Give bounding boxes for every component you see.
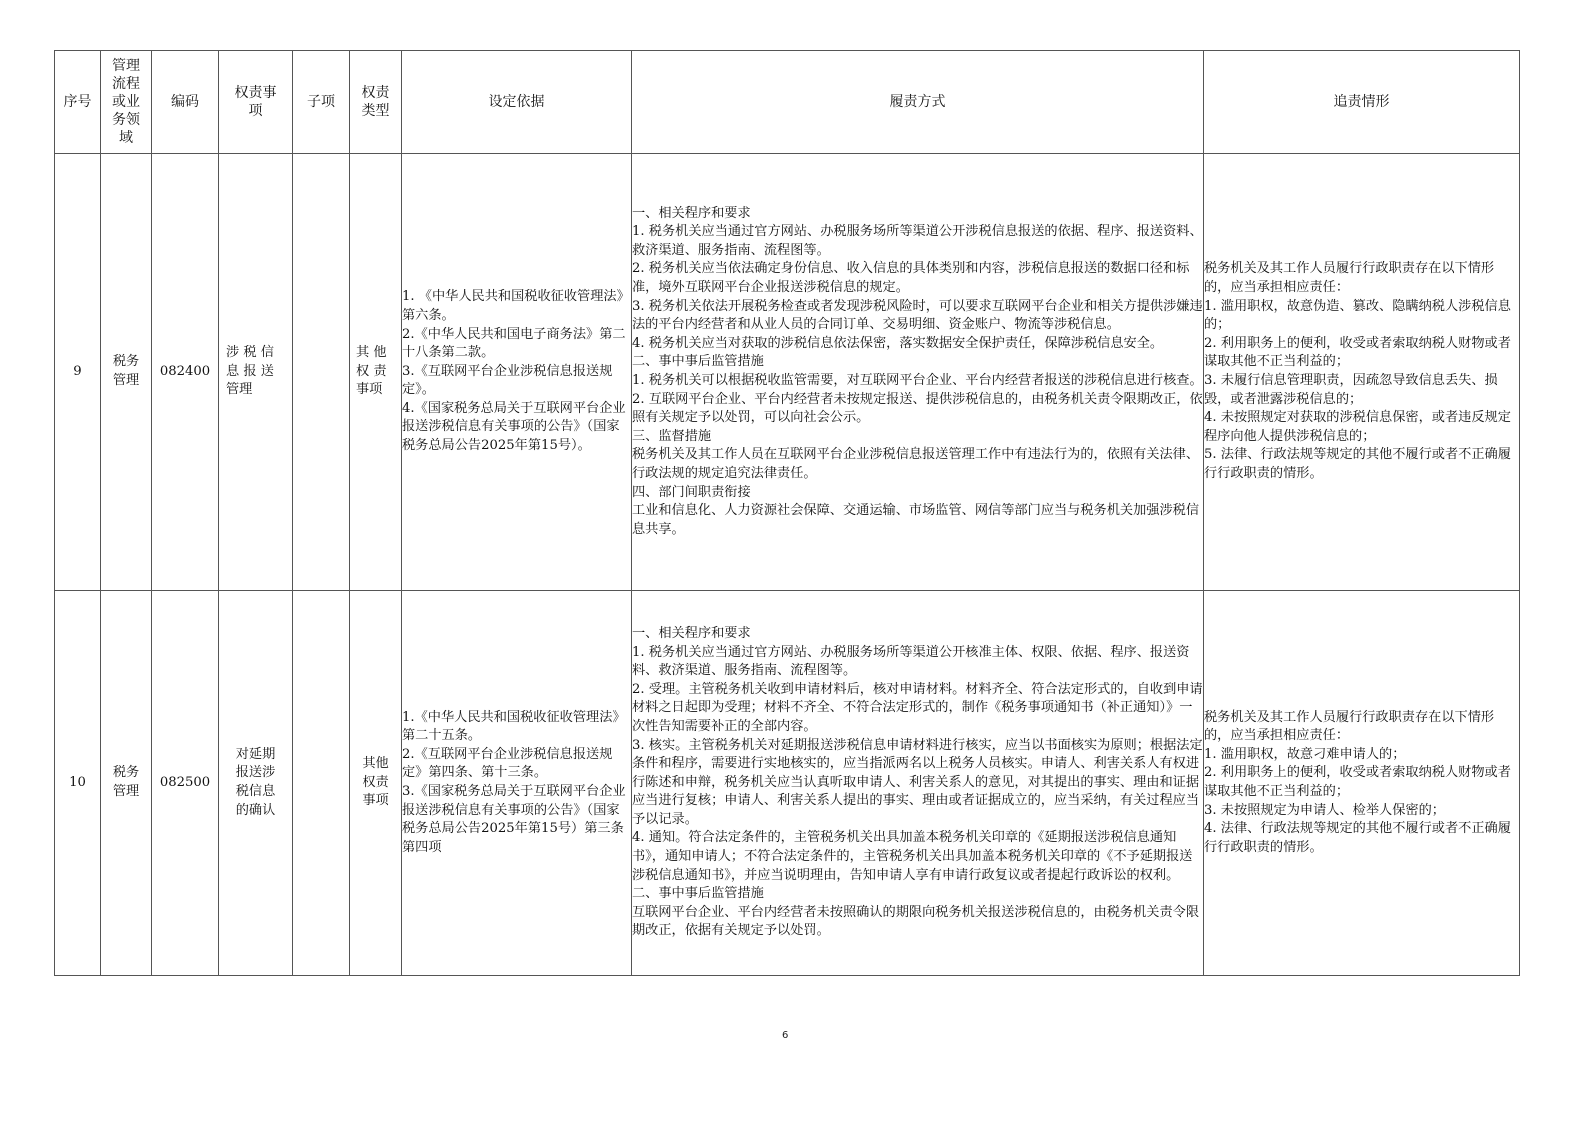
header-type: 权责 类型 xyxy=(350,51,402,154)
responsibility-table: 序号 管理 流程 或业 务领 域 编码 权责事 项 子项 权责 类型 设定依据 … xyxy=(54,50,1520,976)
cell-item-line: 涉 税 信 xyxy=(226,344,292,363)
header-domain: 管理 流程 或业 务领 域 xyxy=(101,51,152,154)
liability-item: 1. 滥用职权，故意刁难申请人的； xyxy=(1204,746,1519,765)
method-item: 工业和信息化、人力资源社会保障、交通运输、市场监管、网信等部门应当与税务机关加强… xyxy=(632,502,1203,539)
method-item: 3. 核实。主管税务机关对延期报送涉税信息申请材料进行核实，应当以书面核实为原则… xyxy=(632,737,1203,830)
method-item: 1. 税务机关应当通过官方网站、办税服务场所等渠道公开核准主体、权限、依据、程序… xyxy=(632,644,1203,681)
method-heading: 二、事中事后监管措施 xyxy=(632,885,1203,904)
cell-item: 涉 税 信 息 报 送 管理 xyxy=(219,154,293,591)
liability-item: 4. 法律、行政法规等规定的其他不履行或者不正确履行行政职责的情形。 xyxy=(1204,820,1519,857)
cell-domain-line: 管理 xyxy=(101,372,151,391)
header-method: 履责方式 xyxy=(632,51,1204,154)
cell-domain-line: 税务 xyxy=(101,764,151,783)
table-row: 10 税务 管理 082500 对延期 报送涉 税信息 的确认 其他 权责 事项… xyxy=(55,591,1520,976)
table-header-row: 序号 管理 流程 或业 务领 域 编码 权责事 项 子项 权责 类型 设定依据 … xyxy=(55,51,1520,154)
cell-domain-line: 管理 xyxy=(101,783,151,802)
header-domain-line: 或业 xyxy=(101,93,151,111)
method-heading: 一、相关程序和要求 xyxy=(632,625,1203,644)
header-basis: 设定依据 xyxy=(402,51,632,154)
cell-code: 082400 xyxy=(152,154,219,591)
basis-item: 3.《互联网平台企业涉税信息报送规定》。 xyxy=(402,363,631,400)
cell-liability: 税务机关及其工作人员履行行政职责存在以下情形的，应当承担相应责任： 1. 滥用职… xyxy=(1204,154,1520,591)
liability-item: 2. 利用职务上的便利，收受或者索取纳税人财物或者谋取其他不正当利益的； xyxy=(1204,764,1519,801)
page-number: 6 xyxy=(782,1030,788,1041)
table-row: 9 税务 管理 082400 涉 税 信 息 报 送 管理 其 他 权 责 事项… xyxy=(55,154,1520,591)
cell-basis: 1. 《中华人民共和国税收征收管理法》第六条。 2.《中华人民共和国电子商务法》… xyxy=(402,154,632,591)
header-liability: 追责情形 xyxy=(1204,51,1520,154)
method-item: 2. 受理。主管税务机关收到申请材料后，核对申请材料。材料齐全、符合法定形式的，… xyxy=(632,681,1203,737)
cell-item-line: 对延期 xyxy=(219,746,292,765)
header-type-line: 类型 xyxy=(350,102,401,120)
method-heading: 一、相关程序和要求 xyxy=(632,205,1203,224)
method-heading: 三、监督措施 xyxy=(632,428,1203,447)
basis-item: 2.《互联网平台企业涉税信息报送规定》第四条、第十三条。 xyxy=(402,746,631,783)
header-item: 权责事 项 xyxy=(219,51,293,154)
basis-item: 1. 《中华人民共和国税收征收管理法》第六条。 xyxy=(402,288,631,325)
cell-item-line: 税信息 xyxy=(219,783,292,802)
header-domain-line: 流程 xyxy=(101,75,151,93)
header-domain-line: 域 xyxy=(101,129,151,147)
cell-method: 一、相关程序和要求 1. 税务机关应当通过官方网站、办税服务场所等渠道公开核准主… xyxy=(632,591,1204,976)
liability-item: 5. 法律、行政法规等规定的其他不履行或者不正确履行行政职责的情形。 xyxy=(1204,446,1519,483)
basis-item: 4.《国家税务总局关于互联网平台企业报送涉税信息有关事项的公告》（国家税务总局公… xyxy=(402,400,631,456)
method-item: 税务机关及其工作人员在互联网平台企业涉税信息报送管理工作中有违法行为的，依照有关… xyxy=(632,446,1203,483)
header-seq: 序号 xyxy=(55,51,101,154)
cell-liability: 税务机关及其工作人员履行行政职责存在以下情形的，应当承担相应责任： 1. 滥用职… xyxy=(1204,591,1520,976)
method-item: 1. 税务机关可以根据税收监管需要，对互联网平台企业、平台内经营者报送的涉税信息… xyxy=(632,372,1203,391)
method-item: 2. 税务机关应当依法确定身份信息、收入信息的具体类别和内容，涉税信息报送的数据… xyxy=(632,260,1203,297)
liability-item: 1. 滥用职权，故意伪造、篡改、隐瞒纳税人涉税信息的； xyxy=(1204,298,1519,335)
method-item: 互联网平台企业、平台内经营者未按照确认的期限向税务机关报送涉税信息的，由税务机关… xyxy=(632,904,1203,941)
cell-code: 082500 xyxy=(152,591,219,976)
method-heading: 二、事中事后监管措施 xyxy=(632,353,1203,372)
basis-item: 3.《国家税务总局关于互联网平台企业报送涉税信息有关事项的公告》（国家税务总局公… xyxy=(402,783,631,857)
cell-type: 其他 权责 事项 xyxy=(350,591,402,976)
liability-item: 2. 利用职务上的便利，收受或者索取纳税人财物或者谋取其他不正当利益的； xyxy=(1204,335,1519,372)
header-type-line: 权责 xyxy=(350,84,401,102)
cell-type-line: 权 责 xyxy=(356,363,401,382)
method-item: 1. 税务机关应当通过官方网站、办税服务场所等渠道公开涉税信息报送的依据、程序、… xyxy=(632,223,1203,260)
cell-domain: 税务 管理 xyxy=(101,591,152,976)
liability-intro: 税务机关及其工作人员履行行政职责存在以下情形的，应当承担相应责任： xyxy=(1204,709,1519,746)
cell-type-line: 权责 xyxy=(350,774,401,793)
cell-seq: 10 xyxy=(55,591,101,976)
liability-item: 3. 未按照规定为申请人、检举人保密的； xyxy=(1204,802,1519,821)
method-item: 2. 互联网平台企业、平台内经营者未按规定报送、提供涉税信息的，由税务机关责令限… xyxy=(632,391,1203,428)
cell-type: 其 他 权 责 事项 xyxy=(350,154,402,591)
cell-item-line: 的确认 xyxy=(219,802,292,821)
cell-subitem xyxy=(293,154,350,591)
cell-domain: 税务 管理 xyxy=(101,154,152,591)
cell-basis: 1.《中华人民共和国税收征收管理法》第二十五条。 2.《互联网平台企业涉税信息报… xyxy=(402,591,632,976)
liability-intro: 税务机关及其工作人员履行行政职责存在以下情形的，应当承担相应责任： xyxy=(1204,260,1519,297)
liability-item: 3. 未履行信息管理职责，因疏忽导致信息丢失、损毁，或者泄露涉税信息的； xyxy=(1204,372,1519,409)
cell-item: 对延期 报送涉 税信息 的确认 xyxy=(219,591,293,976)
liability-item: 4. 未按照规定对获取的涉税信息保密，或者违反规定程序向他人提供涉税信息的； xyxy=(1204,409,1519,446)
method-item: 3. 税务机关依法开展税务检查或者发现涉税风险时，可以要求互联网平台企业和相关方… xyxy=(632,298,1203,335)
cell-type-line: 事项 xyxy=(356,381,401,400)
cell-type-line: 事项 xyxy=(350,792,401,811)
cell-item-line: 报送涉 xyxy=(219,764,292,783)
cell-domain-line: 税务 xyxy=(101,353,151,372)
method-heading: 四、部门间职责衔接 xyxy=(632,484,1203,503)
header-code: 编码 xyxy=(152,51,219,154)
cell-type-line: 其 他 xyxy=(356,344,401,363)
cell-subitem xyxy=(293,591,350,976)
header-domain-line: 管理 xyxy=(101,57,151,75)
basis-item: 2.《中华人民共和国电子商务法》第二十八条第二款。 xyxy=(402,326,631,363)
basis-item: 1.《中华人民共和国税收征收管理法》第二十五条。 xyxy=(402,709,631,746)
method-item: 4. 通知。符合法定条件的，主管税务机关出具加盖本税务机关印章的《延期报送涉税信… xyxy=(632,829,1203,885)
header-domain-line: 务领 xyxy=(101,111,151,129)
method-item: 4. 税务机关应当对获取的涉税信息依法保密，落实数据安全保护责任，保障涉税信息安… xyxy=(632,335,1203,354)
cell-type-line: 其他 xyxy=(350,755,401,774)
cell-item-line: 息 报 送 xyxy=(226,363,292,382)
header-item-line: 项 xyxy=(219,102,292,120)
header-item-line: 权责事 xyxy=(219,84,292,102)
cell-method: 一、相关程序和要求 1. 税务机关应当通过官方网站、办税服务场所等渠道公开涉税信… xyxy=(632,154,1204,591)
cell-item-line: 管理 xyxy=(226,381,292,400)
cell-seq: 9 xyxy=(55,154,101,591)
header-subitem: 子项 xyxy=(293,51,350,154)
